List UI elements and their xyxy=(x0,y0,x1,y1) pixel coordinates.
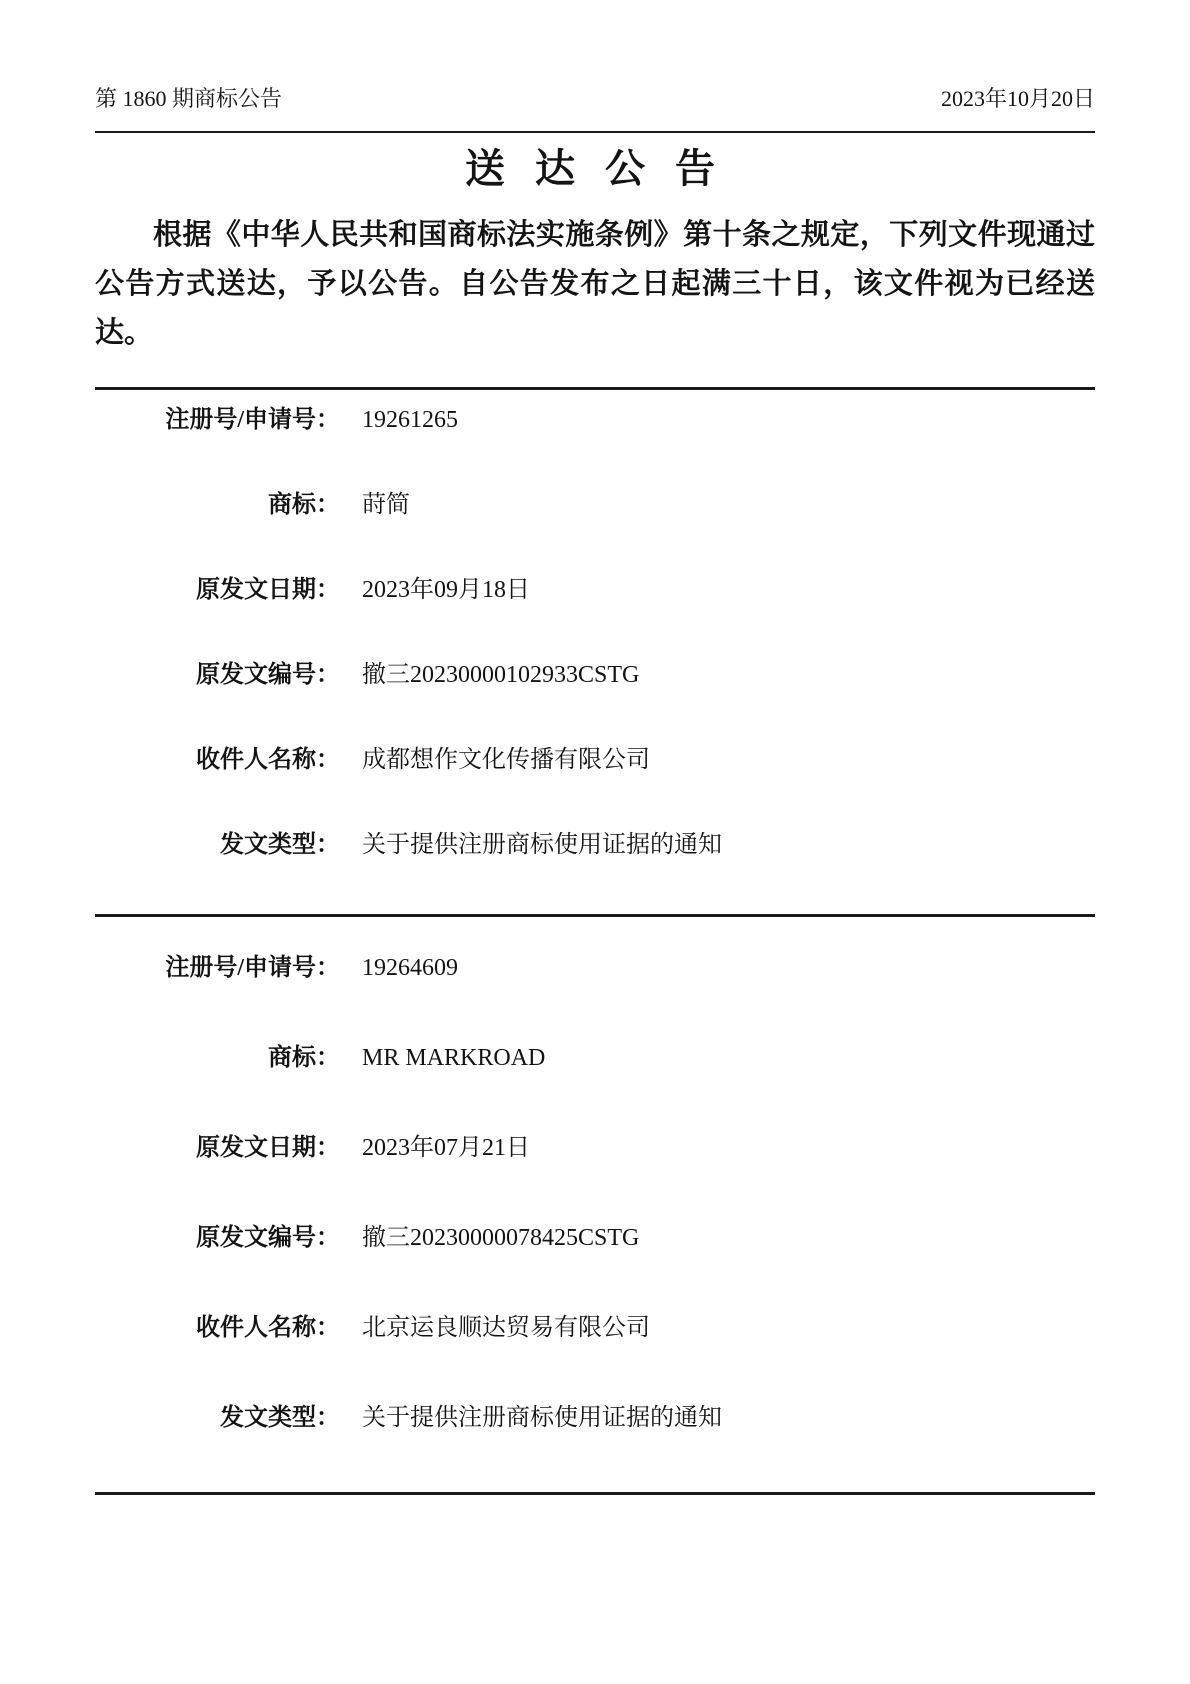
gazette-issue-label: 第 1860 期商标公告 xyxy=(95,85,282,113)
gazette-date-label: 2023年10月20日 xyxy=(941,85,1095,113)
field-row-original-issue-date: 原发文日期： 2023年09月18日 xyxy=(95,574,1095,606)
field-value: 撤三20230000102933CSTG xyxy=(362,659,639,691)
field-value: 19261265 xyxy=(362,404,458,436)
field-row-registration-number: 注册号/申请号： 19261265 xyxy=(95,404,1095,436)
page-title: 送 达 公 告 xyxy=(95,143,1095,195)
record-block: 注册号/申请号： 19261265 商标： 莳简 原发文日期： 2023年09月… xyxy=(95,390,1095,861)
field-label: 收件人名称： xyxy=(95,1312,340,1344)
field-label: 原发文编号： xyxy=(95,659,340,691)
field-row-recipient-name: 收件人名称： 北京运良顺达贸易有限公司 xyxy=(95,1312,1095,1344)
field-row-original-issue-date: 原发文日期： 2023年07月21日 xyxy=(95,1132,1095,1164)
field-label: 商标： xyxy=(95,1042,340,1074)
field-value: 莳简 xyxy=(362,489,410,521)
record-block: 注册号/申请号： 19264609 商标： MR MARKROAD 原发文日期：… xyxy=(95,917,1095,1434)
field-label: 商标： xyxy=(95,489,340,521)
field-row-recipient-name: 收件人名称： 成都想作文化传播有限公司 xyxy=(95,744,1095,776)
field-value: 关于提供注册商标使用证据的通知 xyxy=(362,1402,722,1434)
header-divider xyxy=(95,131,1095,133)
page-header: 第 1860 期商标公告 2023年10月20日 xyxy=(95,85,1095,113)
field-row-document-type: 发文类型： 关于提供注册商标使用证据的通知 xyxy=(95,1402,1095,1434)
field-label: 原发文日期： xyxy=(95,574,340,606)
field-row-trademark: 商标： 莳简 xyxy=(95,489,1095,521)
field-label: 注册号/申请号： xyxy=(95,952,340,984)
field-value: 2023年09月18日 xyxy=(362,574,530,606)
field-value: 北京运良顺达贸易有限公司 xyxy=(362,1312,650,1344)
field-row-registration-number: 注册号/申请号： 19264609 xyxy=(95,952,1095,984)
field-value: MR MARKROAD xyxy=(362,1042,545,1074)
field-label: 注册号/申请号： xyxy=(95,404,340,436)
field-label: 收件人名称： xyxy=(95,744,340,776)
field-value: 2023年07月21日 xyxy=(362,1132,530,1164)
field-label: 原发文日期： xyxy=(95,1132,340,1164)
field-row-document-type: 发文类型： 关于提供注册商标使用证据的通知 xyxy=(95,829,1095,861)
field-label: 原发文编号： xyxy=(95,1222,340,1254)
bottom-divider xyxy=(95,1492,1095,1495)
field-row-trademark: 商标： MR MARKROAD xyxy=(95,1042,1095,1074)
field-row-original-document-number: 原发文编号： 撤三20230000102933CSTG xyxy=(95,659,1095,691)
field-row-original-document-number: 原发文编号： 撤三20230000078425CSTG xyxy=(95,1222,1095,1254)
field-label: 发文类型： xyxy=(95,829,340,861)
gazette-page: 第 1860 期商标公告 2023年10月20日 送 达 公 告 根据《中华人民… xyxy=(0,0,1190,1684)
field-label: 发文类型： xyxy=(95,1402,340,1434)
field-value: 关于提供注册商标使用证据的通知 xyxy=(362,829,722,861)
intro-paragraph: 根据《中华人民共和国商标法实施条例》第十条之规定，下列文件现通过公告方式送达，予… xyxy=(95,211,1095,358)
field-value: 成都想作文化传播有限公司 xyxy=(362,744,650,776)
field-value: 19264609 xyxy=(362,952,458,984)
field-value: 撤三20230000078425CSTG xyxy=(362,1222,639,1254)
